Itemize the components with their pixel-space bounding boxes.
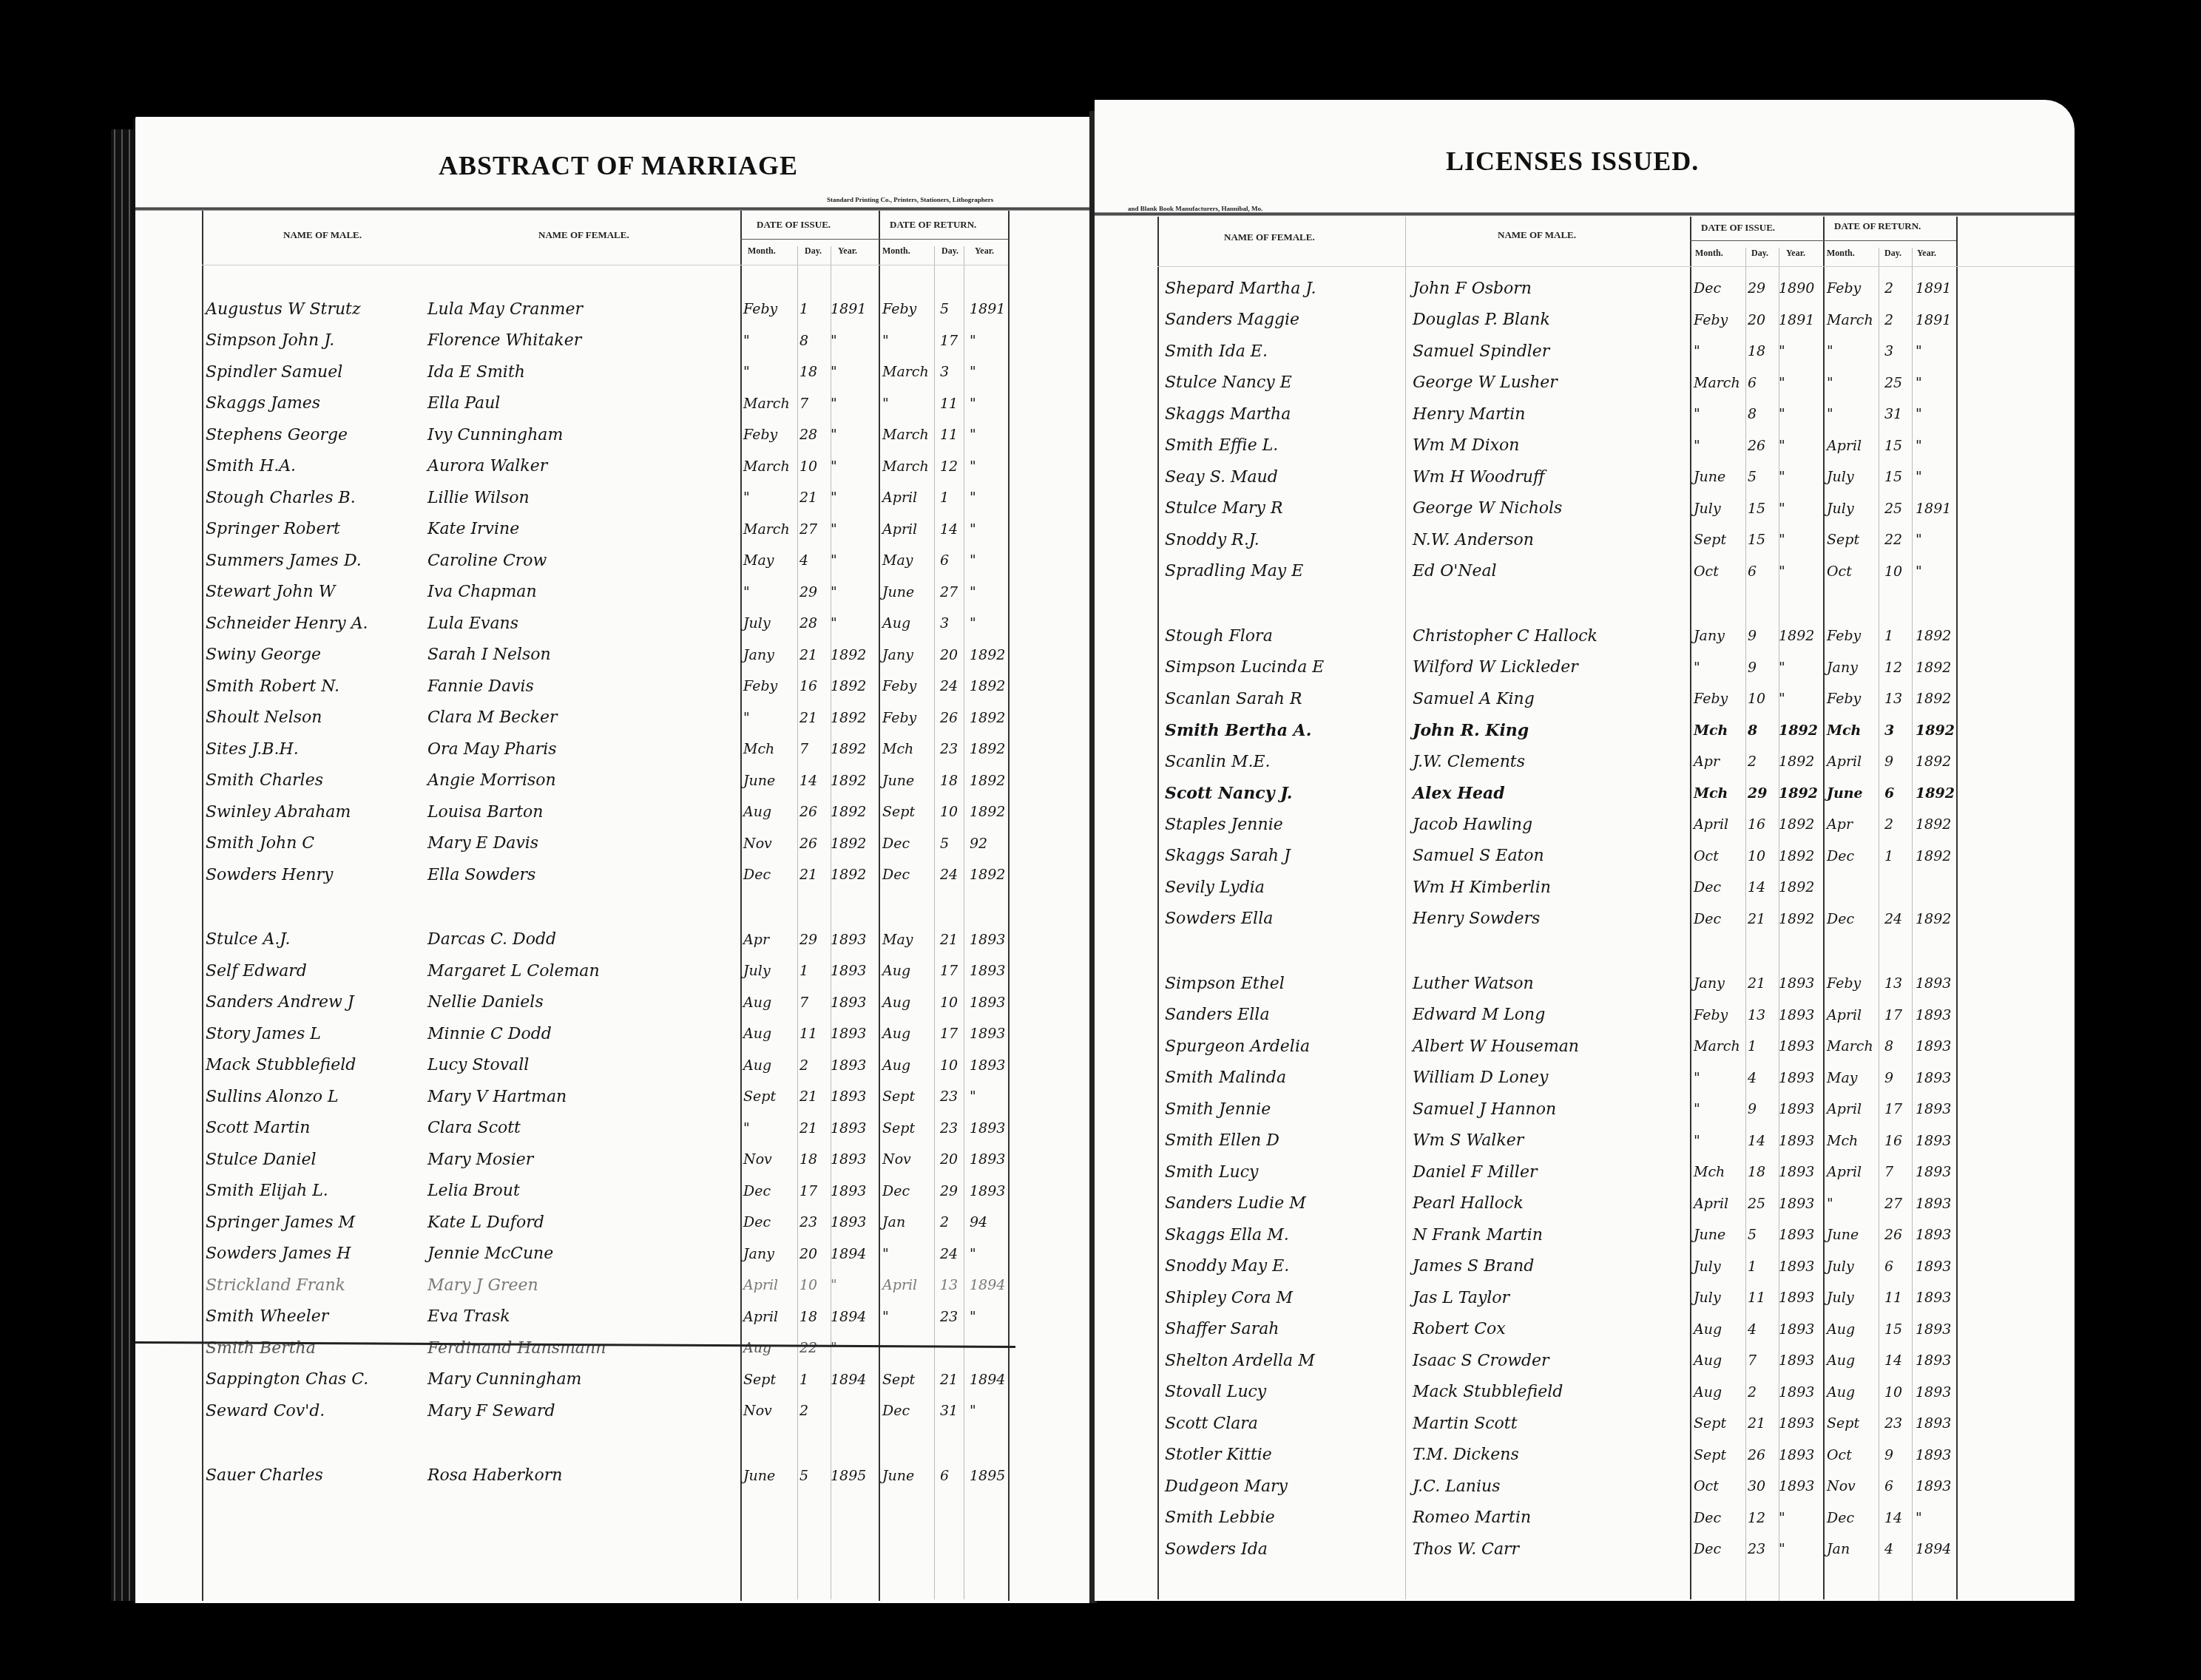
issue-day: 10 <box>799 1277 817 1293</box>
return-month: March <box>1827 312 1873 328</box>
issue-month: Mch <box>1694 785 1728 802</box>
issue-month: Nov <box>743 836 772 852</box>
issue-month: Apr <box>743 932 769 948</box>
header-date-of-issue: DATE OF ISSUE. <box>1701 222 1775 234</box>
name-secondary: Iva Chapman <box>427 583 537 601</box>
return-year: 1893 <box>1916 975 1951 992</box>
issue-month: " <box>743 1120 750 1137</box>
name-secondary: Isaac S Crowder <box>1413 1352 1549 1370</box>
return-year: " <box>970 490 976 506</box>
header-return-month: Month. <box>1827 248 1855 259</box>
return-month: Oct <box>1827 563 1852 580</box>
name-primary: Stewart John W <box>206 583 335 601</box>
name-primary: Spradling May E <box>1165 562 1303 580</box>
return-day: 24 <box>1884 911 1902 927</box>
name-primary: Snoddy May E. <box>1165 1257 1289 1276</box>
name-primary: Smith Lebbie <box>1165 1508 1275 1527</box>
return-day: 14 <box>1884 1510 1902 1526</box>
return-month: Feby <box>882 678 916 694</box>
issue-year: 1893 <box>1779 1038 1814 1054</box>
return-year: 1893 <box>970 932 1005 948</box>
issue-month: " <box>1694 343 1700 359</box>
name-primary: Scanlan Sarah R <box>1165 690 1302 708</box>
return-year: 1895 <box>970 1468 1005 1484</box>
issue-month: June <box>1694 469 1725 485</box>
issue-year: 1893 <box>831 1214 866 1230</box>
return-year: 1892 <box>970 710 1005 726</box>
return-month: Feby <box>1827 691 1861 707</box>
name-primary: Shelton Ardella M <box>1165 1352 1315 1370</box>
issue-month: " <box>1694 1133 1700 1149</box>
issue-year: 1892 <box>831 804 866 820</box>
issue-year: 1892 <box>831 836 866 852</box>
issue-day: 10 <box>799 458 817 475</box>
issue-month: " <box>743 584 750 600</box>
return-day: 3 <box>1884 722 1894 739</box>
return-month: Dec <box>1827 911 1854 927</box>
name-secondary: Eva Trask <box>427 1307 510 1326</box>
return-month: Dec <box>882 1183 910 1199</box>
issue-month: March <box>743 521 790 538</box>
return-day: 17 <box>940 963 958 979</box>
issue-year: " <box>831 584 837 600</box>
name-secondary: Louisa Barton <box>427 803 544 822</box>
issue-month: March <box>1694 1038 1740 1054</box>
issue-day: 11 <box>799 1026 817 1042</box>
name-secondary: Margaret L Coleman <box>427 962 600 980</box>
return-month: April <box>882 521 917 538</box>
issue-day: 18 <box>799 364 817 380</box>
issue-month: Dec <box>743 1183 771 1199</box>
header-name-of-male: NAME OF MALE. <box>1498 229 1576 241</box>
return-year: 1893 <box>1916 1007 1951 1023</box>
issue-day: 7 <box>799 995 808 1011</box>
return-day: 27 <box>1884 1196 1902 1212</box>
return-day: 4 <box>1884 1541 1893 1557</box>
return-year: 1893 <box>970 1057 1005 1074</box>
name-secondary: Douglas P. Blank <box>1413 311 1550 329</box>
return-year: " <box>970 427 976 443</box>
issue-year: 1891 <box>831 301 866 317</box>
issue-year: 1892 <box>1779 753 1814 770</box>
issue-year: " <box>831 521 837 538</box>
issue-year: " <box>831 1277 837 1293</box>
return-day: 13 <box>1884 975 1902 992</box>
name-primary: Sanders Ella <box>1165 1006 1270 1024</box>
return-year: " <box>1916 1510 1922 1526</box>
return-month: Dec <box>882 836 910 852</box>
header-issue-day: Day. <box>805 245 822 257</box>
issue-year: " <box>831 427 837 443</box>
return-day: 14 <box>940 521 958 538</box>
col-divider <box>202 211 203 1601</box>
name-primary: Stotler Kittie <box>1165 1446 1272 1464</box>
issue-month: Sept <box>743 1372 776 1388</box>
header-name-of-female: NAME OF FEMALE. <box>538 229 629 241</box>
issue-day: 21 <box>799 490 817 506</box>
issue-day: 2 <box>799 1403 808 1419</box>
name-secondary: Rosa Haberkorn <box>427 1466 562 1485</box>
issue-month: Nov <box>743 1403 772 1419</box>
issue-day: 25 <box>1748 1196 1765 1212</box>
return-day: 9 <box>1884 1447 1893 1463</box>
return-month: Feby <box>882 301 916 317</box>
return-day: 26 <box>940 710 958 726</box>
name-primary: Mack Stubblefield <box>206 1056 356 1074</box>
name-primary: Shaffer Sarah <box>1165 1320 1279 1338</box>
issue-year: 1893 <box>831 932 866 948</box>
col-divider <box>879 211 880 1601</box>
name-primary: Simpson Ethel <box>1165 975 1285 993</box>
header-return-year: Year. <box>975 245 994 257</box>
return-year: 1892 <box>1916 753 1951 770</box>
return-day: 11 <box>940 396 958 412</box>
issue-day: 18 <box>1748 343 1765 359</box>
return-year: 1893 <box>970 963 1005 979</box>
header-bottom-rule <box>1157 266 2075 267</box>
return-day: 10 <box>1884 563 1902 580</box>
name-secondary: Lucy Stovall <box>427 1056 529 1074</box>
name-primary: Stough Charles B. <box>206 489 356 507</box>
return-month: March <box>882 458 929 475</box>
right-page: LICENSES ISSUED. and Blank Book Manufact… <box>1095 100 2075 1601</box>
return-day: 18 <box>940 773 958 789</box>
name-primary: Summers James D. <box>206 552 362 570</box>
return-month: April <box>1827 1164 1862 1180</box>
issue-month: Dec <box>743 1214 771 1230</box>
issue-month: Feby <box>1694 312 1728 328</box>
header-date-of-return: DATE OF RETURN. <box>1834 220 1921 232</box>
issue-day: 13 <box>1748 1007 1765 1023</box>
issue-day: 7 <box>799 396 808 412</box>
name-primary: Skaggs James <box>206 394 320 413</box>
issue-month: July <box>743 963 771 979</box>
col-divider <box>1690 217 1691 1599</box>
name-primary: Stephens George <box>206 426 348 444</box>
name-secondary: Albert W Houseman <box>1413 1037 1579 1056</box>
return-month: Aug <box>882 995 910 1011</box>
return-year: 1893 <box>970 1183 1005 1199</box>
return-year: " <box>970 396 976 412</box>
return-year: " <box>970 1246 976 1262</box>
return-day: 1 <box>1884 848 1893 864</box>
return-day: 7 <box>1884 1164 1893 1180</box>
issue-day: 1 <box>799 301 808 317</box>
return-month: April <box>1827 1007 1862 1023</box>
name-secondary: James S Brand <box>1413 1257 1534 1276</box>
return-year: 1892 <box>1916 628 1951 644</box>
issue-year: 1890 <box>1779 280 1814 297</box>
return-day: 15 <box>1884 469 1902 485</box>
issue-day: 26 <box>799 804 817 820</box>
issue-day: 29 <box>799 584 817 600</box>
name-secondary: Edward M Long <box>1413 1006 1545 1024</box>
issue-month: Dec <box>1694 879 1721 895</box>
name-secondary: Alex Head <box>1413 784 1505 803</box>
issue-month: Aug <box>1694 1352 1722 1369</box>
issue-year: 1893 <box>1779 1070 1814 1086</box>
return-month: April <box>1827 1101 1862 1117</box>
name-primary: Sites J.B.H. <box>206 740 299 759</box>
return-month: June <box>1827 1227 1859 1243</box>
issue-year: 1893 <box>831 1026 866 1042</box>
header-return-month: Month. <box>882 245 910 257</box>
issue-year: " <box>1779 691 1785 707</box>
return-month: Dec <box>1827 1510 1854 1526</box>
issue-month: Oct <box>1694 563 1719 580</box>
header-issue-month: Month. <box>1695 248 1723 259</box>
return-month: Sept <box>882 1120 915 1137</box>
return-month: July <box>1827 1290 1854 1306</box>
return-day: 24 <box>940 678 958 694</box>
issue-month: June <box>743 1468 775 1484</box>
name-primary: Springer James M <box>206 1213 355 1232</box>
name-secondary: Henry Martin <box>1413 405 1526 424</box>
issue-year: " <box>831 615 837 631</box>
return-day: 23 <box>940 1120 958 1137</box>
issue-year: 1892 <box>1779 628 1814 644</box>
header-issue-year: Year. <box>1786 248 1805 259</box>
issue-day: 21 <box>1748 911 1765 927</box>
return-month: June <box>1827 785 1863 802</box>
issue-month: Oct <box>1694 1478 1719 1494</box>
return-year: 1893 <box>1916 1478 1951 1494</box>
return-month: " <box>1827 343 1833 359</box>
name-primary: Smith Lucy <box>1165 1163 1259 1182</box>
return-day: 13 <box>1884 691 1902 707</box>
name-primary: Skaggs Ella M. <box>1165 1226 1289 1244</box>
return-month: April <box>1827 438 1862 454</box>
return-month: July <box>1827 469 1854 485</box>
issue-day: 23 <box>799 1214 817 1230</box>
issue-day: 18 <box>1748 1164 1765 1180</box>
header-issue-day: Day. <box>1751 248 1768 259</box>
issue-day: 4 <box>1748 1321 1757 1338</box>
return-year: 1891 <box>1916 280 1951 297</box>
name-secondary: Wm H Woodruff <box>1413 468 1545 487</box>
return-year: " <box>1916 406 1922 422</box>
return-month: Mch <box>1827 1133 1858 1149</box>
issue-month: Aug <box>1694 1384 1722 1400</box>
return-year: 1893 <box>1916 1227 1951 1243</box>
issue-day: 5 <box>1748 469 1757 485</box>
return-year: 1892 <box>970 867 1005 883</box>
header-name-of-male: NAME OF MALE. <box>283 229 362 241</box>
issue-year: " <box>1779 1541 1785 1557</box>
issue-day: 4 <box>1748 1070 1757 1086</box>
return-month: Feby <box>882 710 916 726</box>
issue-month: " <box>743 333 750 349</box>
name-primary: Scott Martin <box>206 1119 311 1137</box>
return-year: 1892 <box>1916 691 1951 707</box>
name-secondary: Lula Evans <box>427 614 518 633</box>
return-day: 5 <box>940 836 949 852</box>
name-secondary: J.C. Lanius <box>1413 1477 1501 1496</box>
return-year: 94 <box>970 1214 987 1230</box>
issue-day: 8 <box>1748 722 1757 739</box>
issue-day: 21 <box>799 710 817 726</box>
return-month: Mch <box>1827 722 1861 739</box>
issue-year: " <box>1779 343 1785 359</box>
issue-month: Apr <box>1694 753 1720 770</box>
name-secondary: Minnie C Dodd <box>427 1025 552 1043</box>
return-month: Aug <box>882 963 910 979</box>
return-day: 31 <box>1884 406 1902 422</box>
issue-month: April <box>1694 816 1728 833</box>
issue-month: Jany <box>1694 628 1725 644</box>
issue-year: 1893 <box>1779 1478 1814 1494</box>
return-year: 1894 <box>1916 1541 1951 1557</box>
issue-year: 1894 <box>831 1372 866 1388</box>
name-primary: Smith Bertha <box>206 1339 316 1358</box>
name-secondary: Mary Mosier <box>427 1151 533 1169</box>
name-primary: Shoult Nelson <box>206 708 322 727</box>
header-date-of-issue: DATE OF ISSUE. <box>757 219 831 231</box>
name-primary: Dudgeon Mary <box>1165 1477 1288 1496</box>
return-year: " <box>970 1403 976 1419</box>
issue-year: " <box>831 396 837 412</box>
name-primary: Smith Ellen D <box>1165 1131 1279 1150</box>
return-month: Aug <box>1827 1321 1855 1338</box>
name-secondary: Daniel F Miller <box>1413 1163 1537 1182</box>
name-secondary: N.W. Anderson <box>1413 531 1534 549</box>
return-month: April <box>882 490 917 506</box>
return-year: " <box>970 333 976 349</box>
issue-day: 21 <box>1748 1415 1765 1432</box>
return-year: 1893 <box>1916 1259 1951 1275</box>
return-month: " <box>882 333 889 349</box>
issue-day: 21 <box>1748 975 1765 992</box>
return-month: March <box>882 427 929 443</box>
issue-month: June <box>1694 1227 1725 1243</box>
return-day: 6 <box>1884 785 1894 802</box>
return-month: Aug <box>882 1057 910 1074</box>
issue-month: Dec <box>743 867 771 883</box>
return-day: 31 <box>940 1403 958 1419</box>
return-month: " <box>882 1309 889 1325</box>
return-day: 17 <box>940 1026 958 1042</box>
name-secondary: Lelia Brout <box>427 1182 520 1200</box>
issue-month: June <box>743 773 775 789</box>
issue-day: 2 <box>1748 753 1757 770</box>
issue-day: 5 <box>1748 1227 1757 1243</box>
name-primary: Strickland Frank <box>206 1276 345 1295</box>
issue-month: " <box>1694 406 1700 422</box>
return-year: " <box>970 552 976 569</box>
return-day: 2 <box>1884 280 1893 297</box>
return-year: 1892 <box>1916 816 1951 833</box>
return-day: 2 <box>1884 816 1893 833</box>
return-day: 3 <box>1884 343 1893 359</box>
return-month: May <box>1827 1070 1858 1086</box>
return-month: Jan <box>882 1214 905 1230</box>
name-primary: Snoddy R.J. <box>1165 531 1260 549</box>
issue-day: 11 <box>1748 1290 1765 1306</box>
issue-year: 1892 <box>831 773 866 789</box>
issue-year: 1893 <box>831 963 866 979</box>
issue-month: " <box>743 710 750 726</box>
issue-year: " <box>1779 660 1785 676</box>
return-day: 2 <box>1884 312 1893 328</box>
issue-month: April <box>743 1309 778 1325</box>
issue-month: Mch <box>1694 1164 1725 1180</box>
name-secondary: Mary E Davis <box>427 834 538 853</box>
name-primary: Skaggs Martha <box>1165 405 1291 424</box>
issue-month: July <box>743 615 771 631</box>
header-rule <box>135 207 1093 211</box>
issue-day: 26 <box>1748 438 1765 454</box>
name-secondary: Ella Sowders <box>427 866 535 884</box>
return-day: 13 <box>940 1277 958 1293</box>
issue-day: 14 <box>1748 879 1765 895</box>
return-day: 10 <box>940 804 958 820</box>
issue-month: Mch <box>743 741 774 757</box>
issue-year: 1892 <box>831 647 866 663</box>
return-day: 15 <box>1884 1321 1902 1338</box>
name-secondary: J.W. Clements <box>1413 753 1525 771</box>
issue-year: 1893 <box>1779 1290 1814 1306</box>
name-primary: Sowders Ida <box>1165 1540 1268 1559</box>
name-primary: Swinley Abraham <box>206 803 351 822</box>
return-day: 8 <box>1884 1038 1893 1054</box>
issue-day: 6 <box>1748 375 1757 391</box>
return-month: June <box>882 773 914 789</box>
return-month: Feby <box>1827 628 1861 644</box>
return-day: 6 <box>940 552 949 569</box>
name-primary: Sowders James H <box>206 1244 351 1263</box>
return-day: 6 <box>940 1468 949 1484</box>
issue-day: 21 <box>799 1120 817 1137</box>
header-return-day: Day. <box>1884 248 1901 259</box>
issue-month: Aug <box>743 1026 771 1042</box>
issue-day: 14 <box>799 773 817 789</box>
name-primary: Smith Effie L. <box>1165 436 1278 455</box>
name-primary: Smith Jennie <box>1165 1100 1271 1119</box>
col-divider <box>1823 217 1825 1599</box>
name-secondary: N Frank Martin <box>1413 1226 1543 1244</box>
return-day: 21 <box>940 932 958 948</box>
name-primary: Smith Robert N. <box>206 677 339 696</box>
name-secondary: Caroline Crow <box>427 552 547 570</box>
return-day: 3 <box>940 615 949 631</box>
return-year: 1894 <box>970 1277 1005 1293</box>
issue-month: Aug <box>743 995 771 1011</box>
left-page-title: ABSTRACT OF MARRIAGE <box>439 150 798 181</box>
issue-year: 1892 <box>1779 785 1818 802</box>
issue-year: " <box>1779 532 1785 548</box>
return-day: 6 <box>1884 1259 1893 1275</box>
name-primary: Smith Malinda <box>1165 1068 1286 1087</box>
name-secondary: Ed O'Neal <box>1413 562 1497 580</box>
issue-day: 28 <box>799 615 817 631</box>
name-secondary: Samuel S Eaton <box>1413 847 1544 865</box>
name-primary: Smith Ida E. <box>1165 342 1268 361</box>
issue-month: April <box>1694 1196 1728 1212</box>
header-return-year: Year. <box>1917 248 1936 259</box>
issue-month: Dec <box>1694 911 1721 927</box>
right-page-title: LICENSES ISSUED. <box>1446 146 1699 177</box>
name-secondary: Wm H Kimberlin <box>1413 878 1551 897</box>
col-divider <box>1008 211 1010 1601</box>
name-primary: Sauer Charles <box>206 1466 323 1485</box>
return-day: 10 <box>940 1057 958 1074</box>
name-primary: Sanders Maggie <box>1165 311 1299 329</box>
name-secondary: George W Nichols <box>1413 499 1562 518</box>
return-day: 10 <box>1884 1384 1902 1400</box>
return-day: 1 <box>940 490 949 506</box>
issue-day: 26 <box>799 836 817 852</box>
return-day: 17 <box>1884 1007 1902 1023</box>
